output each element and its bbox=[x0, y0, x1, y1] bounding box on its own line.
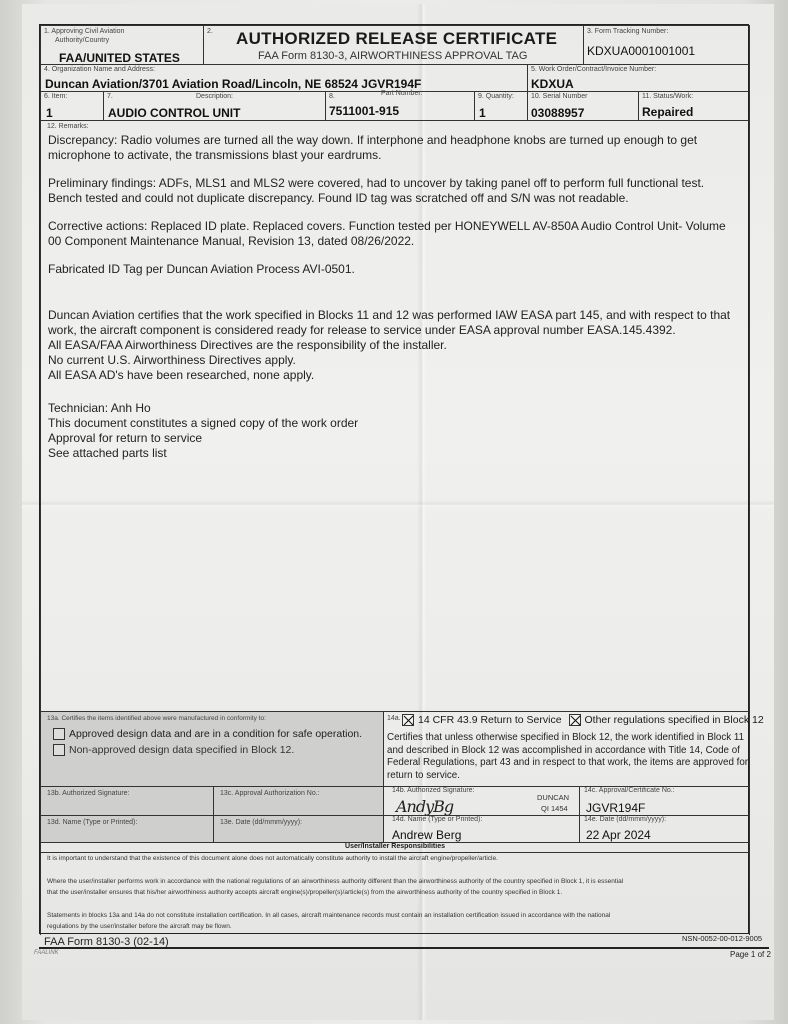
page-title: AUTHORIZED RELEASE CERTIFICATE bbox=[236, 29, 557, 49]
block-13a-conformity: 13a. Certifies the items identified abov… bbox=[40, 711, 384, 787]
block-1-authority: 1. Approving Civil Aviation Authority/Co… bbox=[40, 25, 204, 65]
block-11-value: Repaired bbox=[642, 105, 693, 119]
block-14c-value: JGVR194F bbox=[586, 801, 645, 815]
block-13a-option-approved[interactable]: Approved design data and are in a condit… bbox=[53, 728, 362, 740]
certification-line: Duncan Aviation certifies that the work … bbox=[48, 308, 738, 338]
block-13a-option-non-approved[interactable]: Non-approved design data specified in Bl… bbox=[53, 744, 294, 756]
block-10-serial-number: 10. Serial Number 03088957 bbox=[527, 91, 639, 121]
checkbox-non-approved-design[interactable] bbox=[53, 744, 65, 756]
block-13b-label: 13b. Authorized Signature: bbox=[47, 790, 130, 797]
option-approved-label: Approved design data and are in a condit… bbox=[69, 728, 362, 740]
stamp-line-2: QI 1454 bbox=[541, 804, 568, 813]
block-6-label: 6. Item: bbox=[44, 93, 67, 100]
remarks-body: Discrepancy: Radio volumes are turned al… bbox=[48, 133, 738, 461]
block-13c-label: 13c. Approval Authorization No.: bbox=[220, 790, 320, 797]
block-9-value: 1 bbox=[479, 106, 486, 120]
block-3-value: KDXUA0001001001 bbox=[587, 44, 695, 58]
responsibility-line: Statements in blocks 13a and 14a do not … bbox=[47, 912, 610, 919]
block-8-label: 8. bbox=[329, 93, 335, 100]
block-13d-name: 13d. Name (Type or Printed): bbox=[40, 815, 214, 843]
block-4-organization: 4. Organization Name and Address: Duncan… bbox=[40, 64, 528, 92]
block-7-sublabel: Description: bbox=[196, 93, 233, 100]
responsibilities-heading: User/Installer Responsibilities bbox=[345, 843, 445, 850]
block-13a-label: 13a. Certifies the items identified abov… bbox=[47, 715, 266, 722]
block-2-label: 2. bbox=[207, 28, 213, 35]
block-11-label: 11. Status/Work: bbox=[642, 93, 693, 100]
block-7-description: 7. Description: AUDIO CONTROL UNIT bbox=[103, 91, 326, 121]
footer-rule bbox=[39, 947, 769, 949]
block-14d-label: 14d. Name (Type or Printed): bbox=[392, 816, 482, 823]
block-9-quantity: 9. Quantity: 1 bbox=[474, 91, 528, 121]
block-4-label: 4. Organization Name and Address: bbox=[44, 66, 155, 73]
certification-line: No current U.S. Airworthiness Directives… bbox=[48, 353, 738, 368]
certification-line: All EASA/FAA Airworthiness Directives ar… bbox=[48, 338, 738, 353]
block-10-label: 10. Serial Number bbox=[531, 93, 587, 100]
block-14a-return-to-service: 14a. 14 CFR 43.9 Return to Service Other… bbox=[383, 711, 750, 787]
responsibilities-body: It is important to understand that the e… bbox=[40, 852, 750, 935]
block-6-value: 1 bbox=[46, 106, 53, 120]
block-7-label: 7. bbox=[107, 93, 113, 100]
checkbox-approved-design[interactable] bbox=[53, 728, 65, 740]
remarks-preliminary-findings: Preliminary findings: ADFs, MLS1 and MLS… bbox=[48, 176, 738, 206]
responsibility-line: that the user/installer ensures that his… bbox=[47, 889, 562, 896]
block-14d-name: 14d. Name (Type or Printed): Andrew Berg bbox=[383, 815, 580, 843]
technician-line: Technician: Anh Ho bbox=[48, 401, 738, 416]
option-non-approved-label: Non-approved design data specified in Bl… bbox=[69, 744, 294, 756]
block-1-label: 1. Approving Civil Aviation bbox=[44, 28, 124, 35]
block-14b-signature: 14b. Authorized Signature: AndyBg DUNCAN… bbox=[383, 786, 580, 816]
block-13e-date: 13e. Date (dd/mmm/yyyy): bbox=[213, 815, 384, 843]
block-13e-label: 13e. Date (dd/mmm/yyyy): bbox=[220, 819, 302, 826]
print-code: FAALINK bbox=[34, 950, 59, 956]
remarks-corrective-actions: Corrective actions: Replaced ID plate. R… bbox=[48, 219, 738, 249]
block-14a-options: 14 CFR 43.9 Return to Service Other regu… bbox=[402, 714, 764, 726]
block-14c-certificate-no: 14c. Approval/Certificate No.: JGVR194F bbox=[579, 786, 750, 816]
block-13b-signature: 13b. Authorized Signature: bbox=[40, 786, 214, 816]
block-14d-value: Andrew Berg bbox=[392, 828, 461, 842]
block-11-status: 11. Status/Work: Repaired bbox=[638, 91, 750, 121]
block-8-sublabel: Part Number: bbox=[381, 90, 423, 97]
responsibility-line: It is important to understand that the e… bbox=[47, 855, 498, 862]
block-10-value: 03088957 bbox=[531, 106, 584, 120]
block-1-value: FAA/UNITED STATES bbox=[59, 51, 180, 65]
block-14c-label: 14c. Approval/Certificate No.: bbox=[584, 787, 675, 794]
page-subtitle: FAA Form 8130-3, AIRWORTHINESS APPROVAL … bbox=[258, 50, 527, 62]
remarks-discrepancy: Discrepancy: Radio volumes are turned al… bbox=[48, 133, 738, 163]
authorized-signature: AndyBg bbox=[396, 797, 453, 816]
stamp-line-1: DUNCAN bbox=[537, 793, 569, 802]
technician-line: Approval for return to service bbox=[48, 431, 738, 446]
remarks-fabricated-tag: Fabricated ID Tag per Duncan Aviation Pr… bbox=[48, 262, 738, 277]
block-13c-approval-no: 13c. Approval Authorization No.: bbox=[213, 786, 384, 816]
block-5-label: 5. Work Order/Contract/Invoice Number: bbox=[531, 66, 656, 73]
block-14e-value: 22 Apr 2024 bbox=[586, 828, 651, 842]
block-5-work-order: 5. Work Order/Contract/Invoice Number: K… bbox=[527, 64, 750, 92]
form-8130-3: 1. Approving Civil Aviation Authority/Co… bbox=[39, 24, 749, 934]
block-9-label: 9. Quantity: bbox=[478, 93, 514, 100]
checkbox-14cfr-43-9[interactable] bbox=[402, 714, 414, 726]
block-3-tracking: 3. Form Tracking Number: KDXUA0001001001 bbox=[583, 25, 750, 65]
block-5-value: KDXUA bbox=[531, 77, 574, 91]
block-13d-label: 13d. Name (Type or Printed): bbox=[47, 819, 137, 826]
block-12-label: 12. Remarks: bbox=[47, 123, 89, 130]
block-7-value: AUDIO CONTROL UNIT bbox=[108, 106, 240, 120]
block-1-label-2: Authority/Country bbox=[55, 37, 109, 44]
option-other-label: Other regulations specified in Block 12 bbox=[585, 714, 764, 726]
block-14a-statement: Certifies that unless otherwise specifie… bbox=[387, 732, 749, 782]
block-14e-label: 14e. Date (dd/mmm/yyyy): bbox=[584, 816, 666, 823]
checkbox-other-regulations[interactable] bbox=[569, 714, 581, 726]
block-4-value: Duncan Aviation/3701 Aviation Road/Linco… bbox=[45, 77, 421, 91]
page-number: Page 1 of 2 bbox=[730, 950, 771, 959]
responsibility-line: regulations by the user/installer before… bbox=[47, 923, 232, 930]
block-14e-date: 14e. Date (dd/mmm/yyyy): 22 Apr 2024 bbox=[579, 815, 750, 843]
block-8-part-number: 8. Part Number: 7511001-915 bbox=[325, 91, 475, 121]
block-8-value: 7511001-915 bbox=[329, 104, 399, 118]
block-14a-label: 14a. bbox=[387, 715, 401, 722]
block-6-item: 6. Item: 1 bbox=[40, 91, 104, 121]
responsibility-line: Where the user/installer performs work i… bbox=[47, 878, 623, 885]
block-14b-label: 14b. Authorized Signature: bbox=[392, 787, 475, 794]
option-14cfr-label: 14 CFR 43.9 Return to Service bbox=[418, 714, 562, 726]
nsn-number: NSN-0052-00-012-9005 bbox=[682, 934, 762, 943]
certification-line: All EASA AD's have been researched, none… bbox=[48, 368, 738, 383]
technician-line: See attached parts list bbox=[48, 446, 738, 461]
technician-line: This document constitutes a signed copy … bbox=[48, 416, 738, 431]
block-3-label: 3. Form Tracking Number: bbox=[587, 28, 668, 35]
